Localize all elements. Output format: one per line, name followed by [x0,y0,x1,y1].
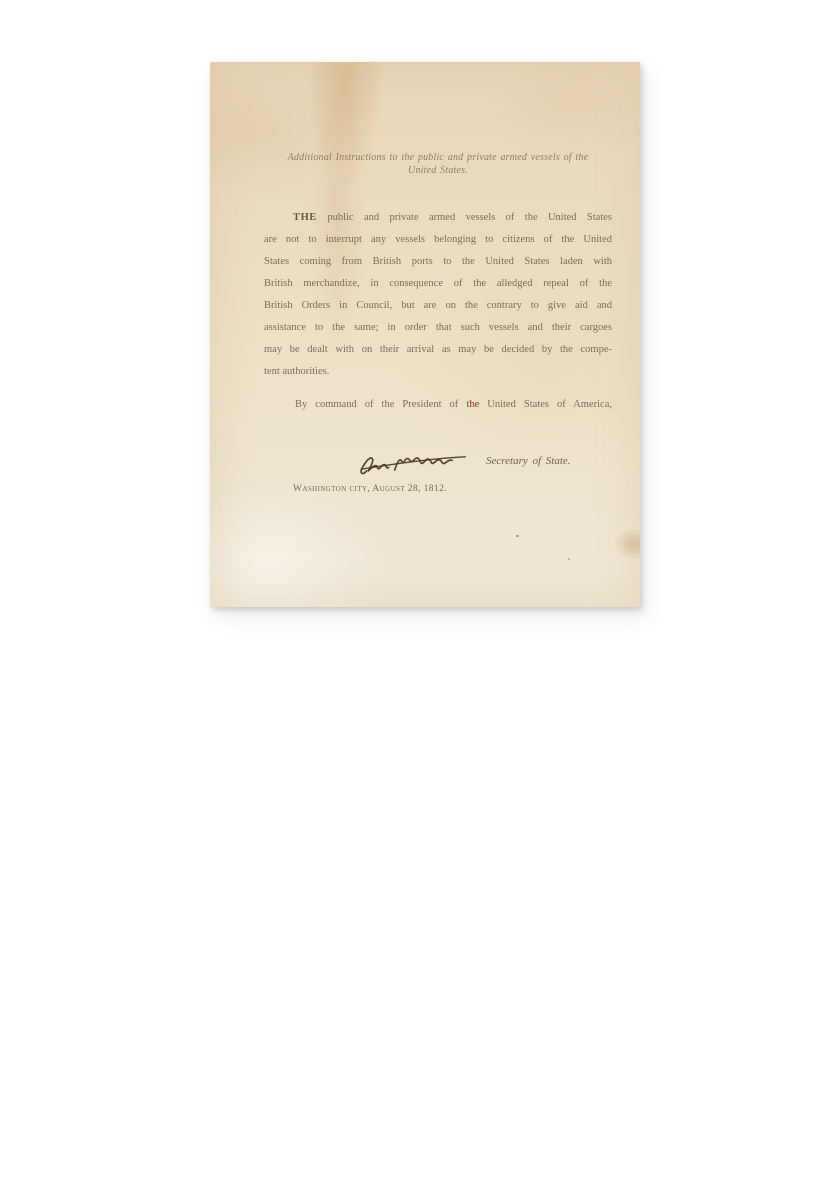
ink-speck [568,558,570,560]
monroe-signature-icon [352,448,478,478]
body-line: States coming from British ports to the … [264,251,612,273]
by-command-line: By command of the President of the Unite… [264,394,612,416]
body-line: British Orders in Council, but are on th… [264,295,612,317]
ink-speck [516,535,519,537]
body-line: THE public and private armed vessels of … [264,207,612,229]
body-line: assistance to the same; in order that su… [264,317,612,339]
body-line: tent authorities. [264,361,612,383]
overstamped-word: the [466,399,479,410]
signature-block: Secretary of State. [264,446,612,482]
signature-title: Secretary of State. [486,455,571,467]
body-line: may be dealt with on their arrival as ma… [264,339,612,361]
dateline: Washington city, August 28, 1812. [264,484,612,494]
body-lead-word: THE [293,212,317,223]
body-first-line-rest: public and private armed vessels of the … [317,212,612,223]
body-line: are not to interrupt any vessels belongi… [264,229,612,251]
by-command-pre: By command of the President of [295,399,466,410]
by-command-post: United States of America, [479,399,612,410]
document-title: Additional Instructions to the public an… [264,151,612,177]
document-page: Additional Instructions to the public an… [210,62,640,607]
photo-background: Additional Instructions to the public an… [0,0,819,1197]
document-body: THE public and private armed vessels of … [264,207,612,383]
document-title-line1: Additional Instructions to the public an… [264,151,612,164]
document-title-line2: United States. [264,164,612,177]
body-line: British merchandize, in consequence of t… [264,273,612,295]
